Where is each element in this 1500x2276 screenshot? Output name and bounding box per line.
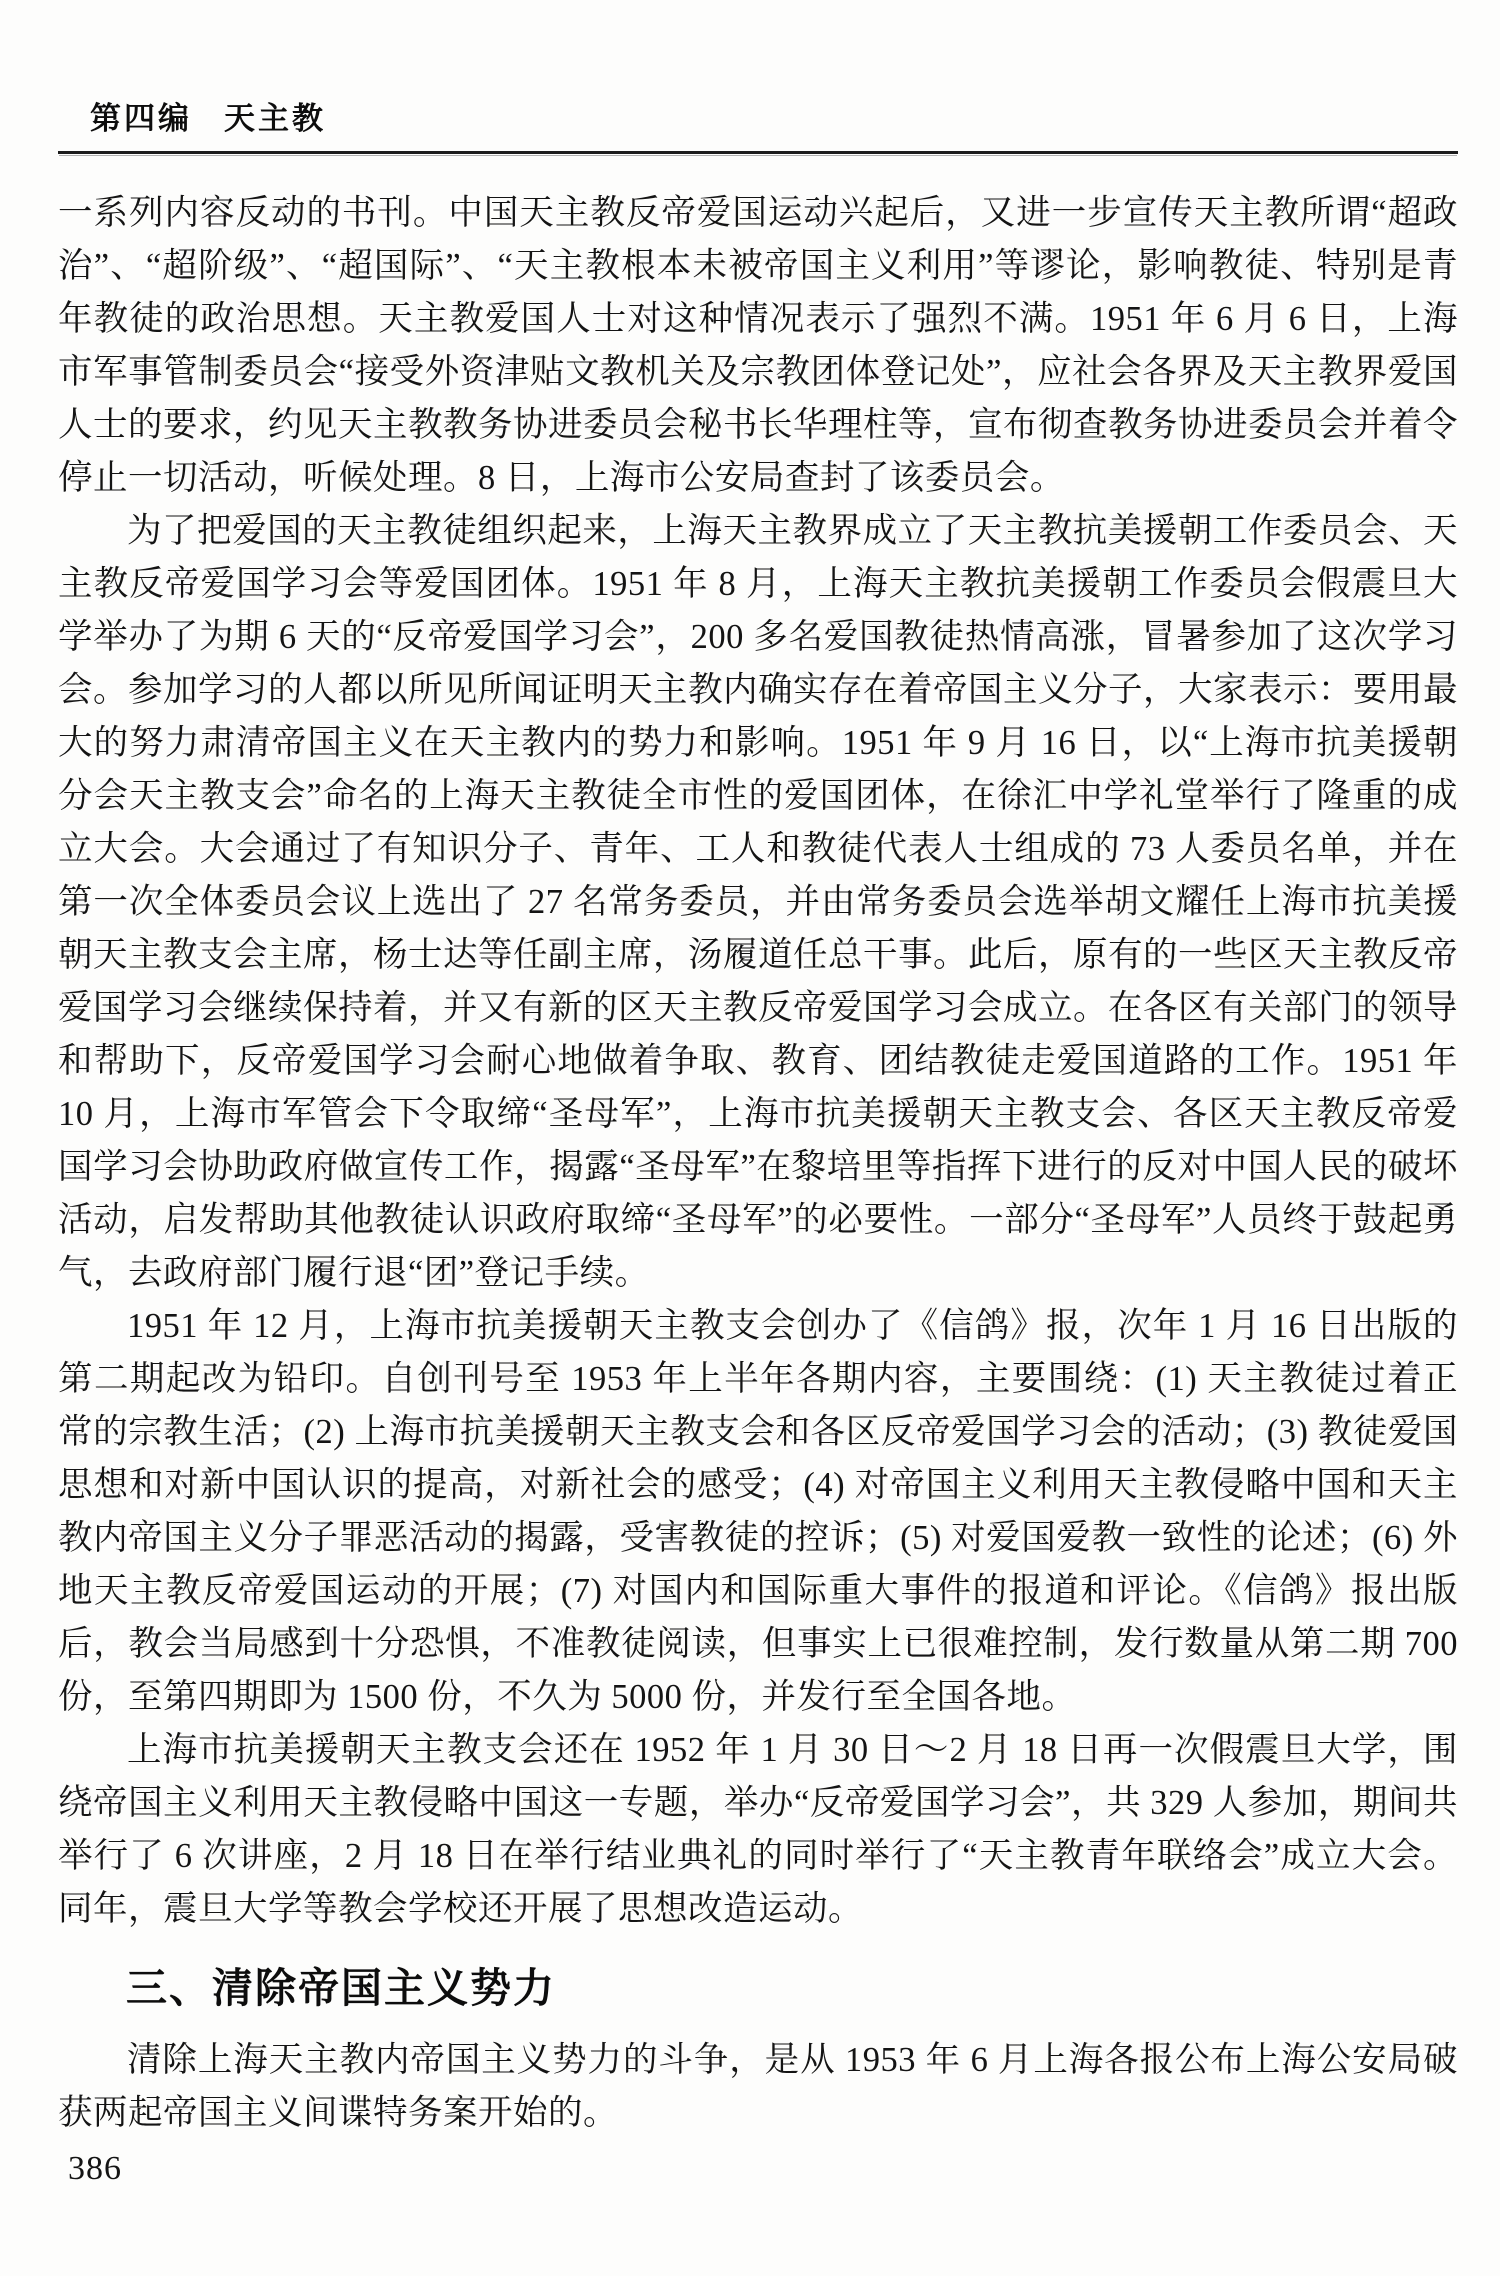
page-header: 第四编天主教 — [58, 100, 1458, 154]
paragraph-2: 为了把爱国的天主教徒组织起来，上海天主教界成立了天主教抗美援朝工作委员会、天主教… — [58, 505, 1458, 1300]
page-number: 386 — [68, 2150, 1458, 2188]
paragraph-1: 一系列内容反动的书刊。中国天主教反帝爱国运动兴起后，又进一步宣传天主教所谓“超政… — [58, 187, 1458, 505]
page-footer: 386 — [58, 2150, 1458, 2188]
section-heading: 三、清除帝国主义势力 — [126, 1964, 1458, 2012]
part-title: 天主教 — [224, 101, 326, 136]
paragraph-3: 1951 年 12 月，上海市抗美援朝天主教支会创办了《信鸽》报，次年 1 月 … — [58, 1300, 1458, 1724]
book-page: 第四编天主教 一系列内容反动的书刊。中国天主教反帝爱国运动兴起后，又进一步宣传天… — [0, 0, 1500, 2276]
running-header: 第四编天主教 — [90, 100, 1458, 138]
page-content: 一系列内容反动的书刊。中国天主教反帝爱国运动兴起后，又进一步宣传天主教所谓“超政… — [58, 187, 1458, 2140]
paragraph-5: 清除上海天主教内帝国主义势力的斗争，是从 1953 年 6 月上海各报公布上海公… — [58, 2034, 1458, 2140]
header-rule — [58, 151, 1458, 154]
part-label: 第四编 — [90, 101, 192, 136]
paragraph-4: 上海市抗美援朝天主教支会还在 1952 年 1 月 30 日～2 月 18 日再… — [58, 1724, 1458, 1936]
